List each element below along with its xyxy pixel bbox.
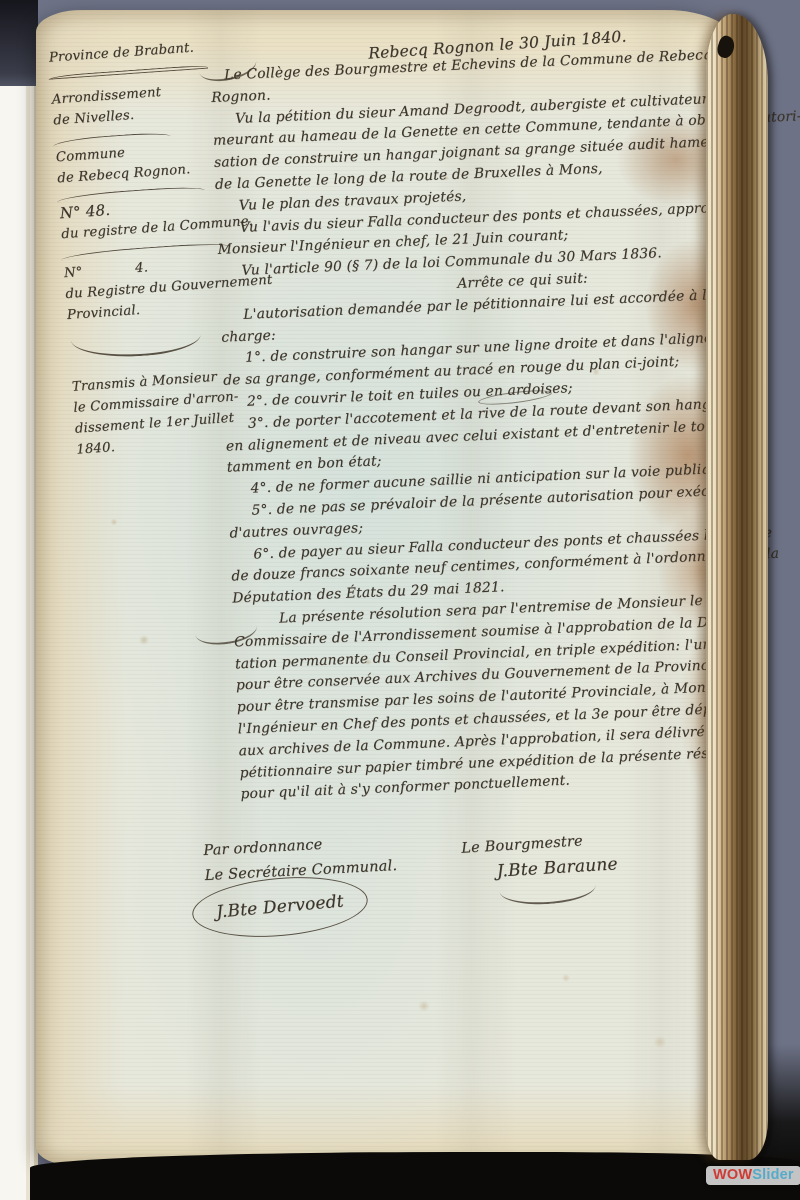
book-fore-edge <box>706 14 768 1160</box>
photo-of-1840-register-page: Province de Brabant. Arrondissement de N… <box>0 0 800 1200</box>
wowslider-watermark[interactable]: WOWSlider <box>706 1166 800 1185</box>
burgomaster-signature-block: Le Bourgmestre J.Bte Baraune <box>461 827 619 886</box>
margin-flourish <box>70 326 201 361</box>
wowslider-slider-text: Slider <box>752 1167 794 1183</box>
left-page-stack-edge <box>0 86 38 1200</box>
body-paragraphs-rest: L'autorisation demandée par le pétitionn… <box>220 283 773 806</box>
secretary-signature: J.Bte Dervoedt <box>215 891 344 922</box>
body-paragraphs-top: Le Collège des Bourgmestre et Echevins d… <box>210 44 751 284</box>
resolution-body: Le Collège des Bourgmestre et Echevins d… <box>210 44 773 807</box>
wowslider-wow-text: WOW <box>713 1167 752 1183</box>
bottom-shadow <box>30 1152 800 1200</box>
